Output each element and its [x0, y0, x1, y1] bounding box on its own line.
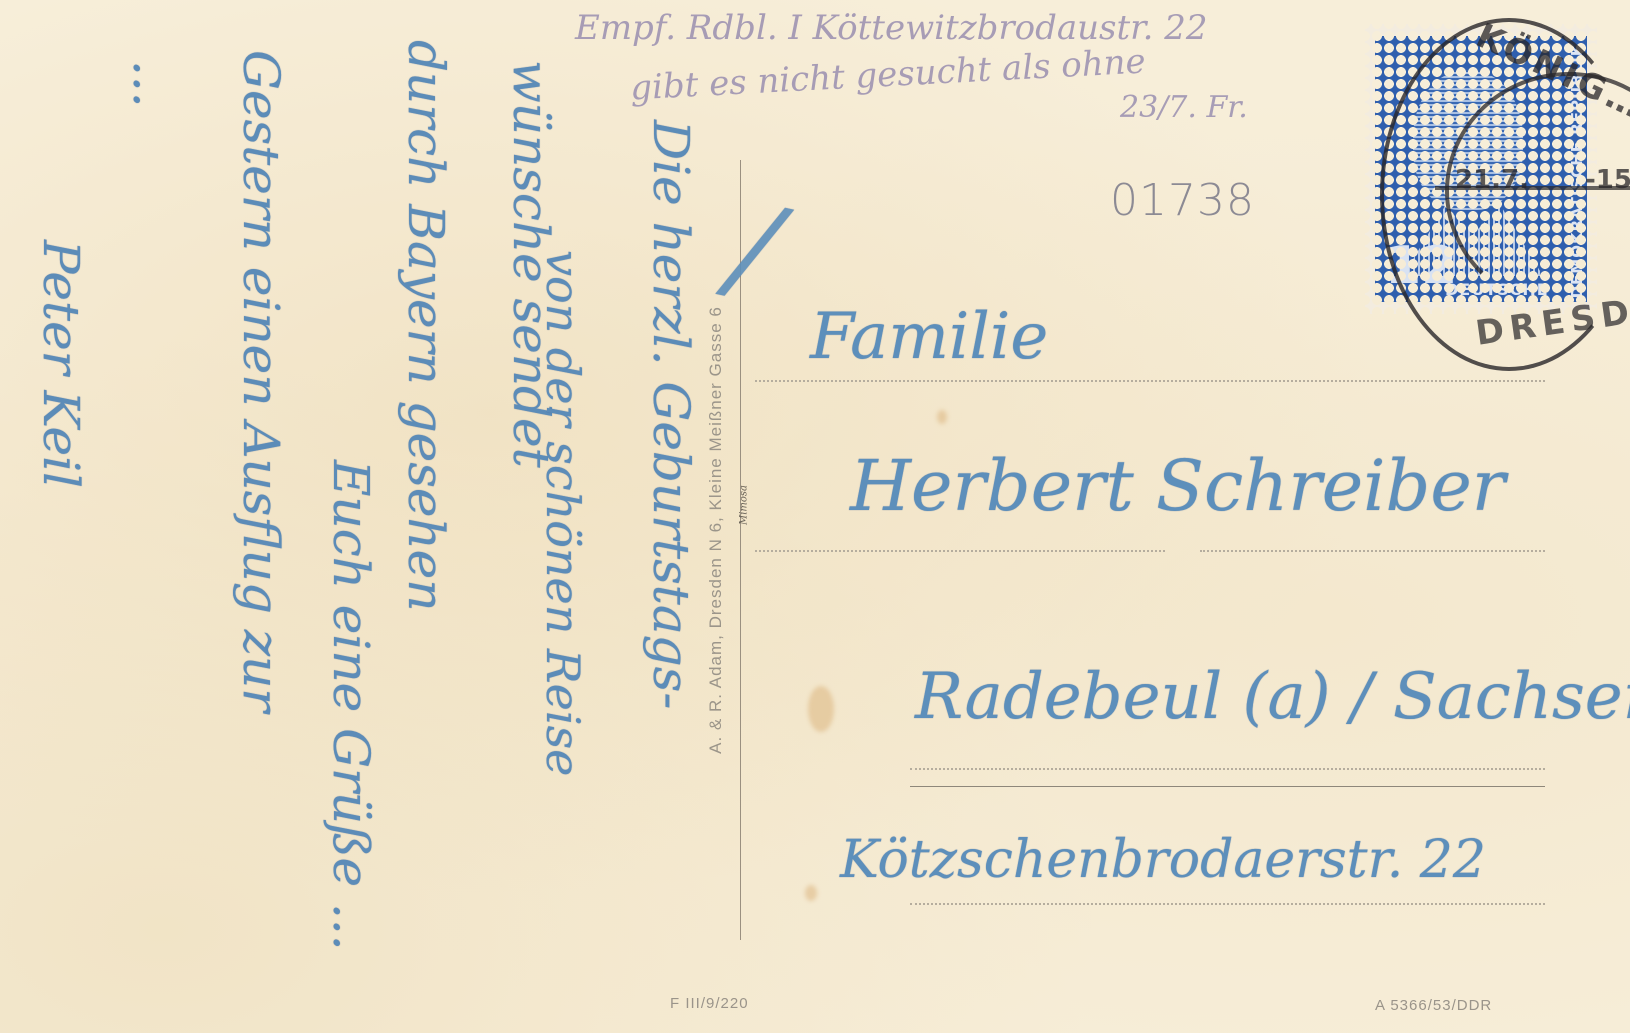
paper-stain	[937, 410, 947, 424]
postcard-back: Die herzl. Geburtstags- wünsche sendet v…	[0, 0, 1630, 1033]
print-code-left: F III/9/220	[670, 995, 749, 1012]
pencil-note: 23/7. Fr.	[1120, 90, 1248, 125]
variety-label: Mimosa	[739, 485, 750, 525]
pencil-number: 01738	[1110, 175, 1255, 226]
paper-stain	[808, 686, 834, 732]
postmark-date: 21.7.	[1455, 165, 1529, 195]
message-column: ...	[122, 60, 180, 108]
address-line-1: Familie	[810, 300, 1048, 374]
address-rule	[1200, 550, 1545, 552]
pencil-note: Empf. Rdbl. I Köttewitzbrodaustr. 22	[575, 8, 1208, 48]
message-column: durch Bayern gesehen	[397, 40, 455, 611]
address-rule-solid	[910, 786, 1545, 787]
message-column: Gestern einen Ausflug zur	[232, 50, 290, 712]
publisher-imprint: A. & R. Adam, Dresden N 6, Kleine Meißne…	[706, 306, 726, 754]
address-line-3: Radebeul (a) / Sachsen	[915, 660, 1630, 734]
postmark-time: -15	[1585, 165, 1630, 195]
message-column: von der schönen Reise	[536, 250, 590, 776]
pencil-note: gibt es nicht gesucht als ohne	[629, 42, 1146, 109]
print-code-right: A 5366/53/DDR	[1375, 997, 1492, 1014]
message-column: Die herzl. Geburtstags-	[642, 120, 700, 709]
message-column: Peter Keil	[32, 240, 90, 488]
address-line-4: Kötzschenbrodaerstr. 22	[840, 830, 1486, 890]
address-rule	[910, 903, 1545, 905]
address-rule	[910, 768, 1545, 770]
address-rule	[755, 380, 1545, 382]
message-column: Euch eine Grüße ...	[322, 460, 380, 951]
address-flourish: /	[721, 177, 789, 321]
paper-stain	[805, 885, 817, 901]
address-rule	[755, 550, 1165, 552]
address-line-2: Herbert Schreiber	[850, 445, 1505, 527]
